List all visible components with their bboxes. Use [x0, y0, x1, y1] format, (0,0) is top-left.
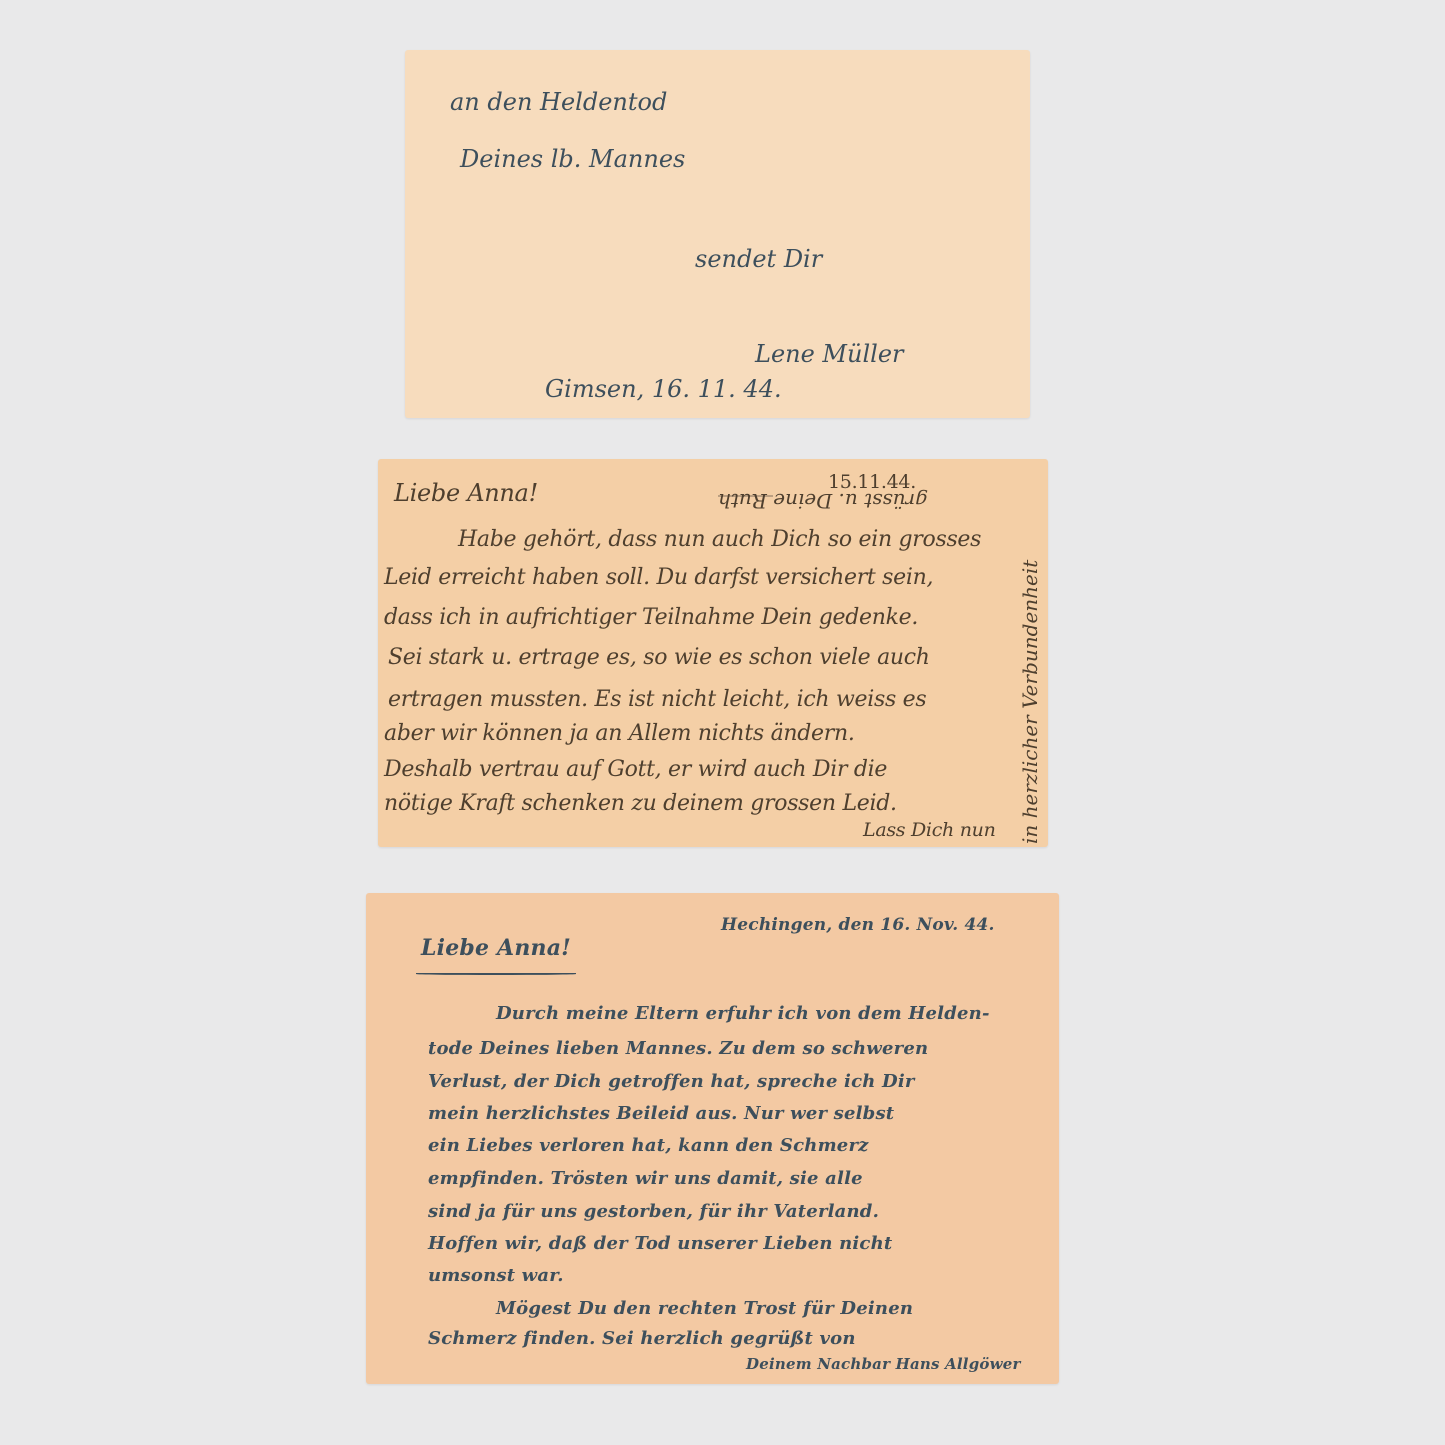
- card2-margin-note: in herzlicher Verbundenheit: [1018, 560, 1042, 844]
- card2-body-line-2: Leid erreicht haben soll. Du darfst vers…: [384, 565, 933, 590]
- card2-body-line-7: Deshalb vertrau auf Gott, er wird auch D…: [384, 757, 887, 782]
- card3-body-line-2: tode Deines lieben Mannes. Zu dem so sch…: [428, 1038, 928, 1059]
- card3-place-date: Hechingen, den 16. Nov. 44.: [721, 915, 995, 935]
- card2-body-line-1: Habe gehört, dass nun auch Dich so ein g…: [458, 527, 981, 552]
- card2-body-line-5: ertragen mussten. Es ist nicht leicht, i…: [388, 687, 926, 712]
- card2-body-line-6: aber wir können ja an Allem nichts änder…: [384, 721, 855, 746]
- card3-body-line-4: mein herzlichstes Beileid aus. Nur wer s…: [428, 1103, 894, 1124]
- card1-line-2: Deines lb. Mannes: [460, 145, 685, 173]
- card2-body-line-4: Sei stark u. ertrage es, so wie es schon…: [388, 645, 930, 670]
- card3-greeting-underline: [416, 973, 576, 975]
- card3-body-line-8: Hoffen wir, daß der Tod unserer Lieben n…: [428, 1233, 892, 1254]
- card2-closing: Lass Dich nun: [863, 819, 996, 841]
- card2-upside-down-note: grüsst u. Deine Ruth: [718, 489, 928, 513]
- card1-line-1: an den Heldentod: [450, 88, 667, 116]
- card2-body-line-3: dass ich in aufrichtiger Teilnahme Dein …: [384, 605, 918, 630]
- condolence-card-2: Liebe Anna! 15.11.44. grüsst u. Deine Ru…: [378, 459, 1048, 847]
- card1-line-3: sendet Dir: [695, 245, 822, 273]
- card2-body-line-8: nötige Kraft schenken zu deinem grossen …: [384, 791, 897, 816]
- card3-greeting: Liebe Anna!: [421, 935, 571, 961]
- card3-body-line-3: Verlust, der Dich getroffen hat, spreche…: [428, 1071, 915, 1092]
- card3-body-line-11: Schmerz finden. Sei herzlich gegrüßt von: [428, 1328, 856, 1349]
- card3-body-line-10: Mögest Du den rechten Trost für Deinen: [496, 1298, 913, 1319]
- card3-body-line-7: sind ja für uns gestorben, für ihr Vater…: [428, 1201, 879, 1222]
- card3-body-line-9: umsonst war.: [428, 1265, 564, 1286]
- card3-body-line-5: ein Liebes verloren hat, kann den Schmer…: [428, 1135, 869, 1156]
- condolence-card-1: an den Heldentod Deines lb. Mannes sende…: [405, 50, 1030, 418]
- card1-place-date: Gimsen, 16. 11. 44.: [545, 375, 782, 403]
- card3-body-line-1: Durch meine Eltern erfuhr ich von dem He…: [496, 1003, 990, 1024]
- condolence-card-3: Hechingen, den 16. Nov. 44. Liebe Anna! …: [366, 893, 1059, 1384]
- card3-signature: Deinem Nachbar Hans Allgöwer: [746, 1355, 1021, 1373]
- card1-signature: Lene Müller: [755, 340, 904, 368]
- card2-greeting: Liebe Anna!: [394, 479, 538, 507]
- card3-body-line-6: empfinden. Trösten wir uns damit, sie al…: [428, 1168, 863, 1189]
